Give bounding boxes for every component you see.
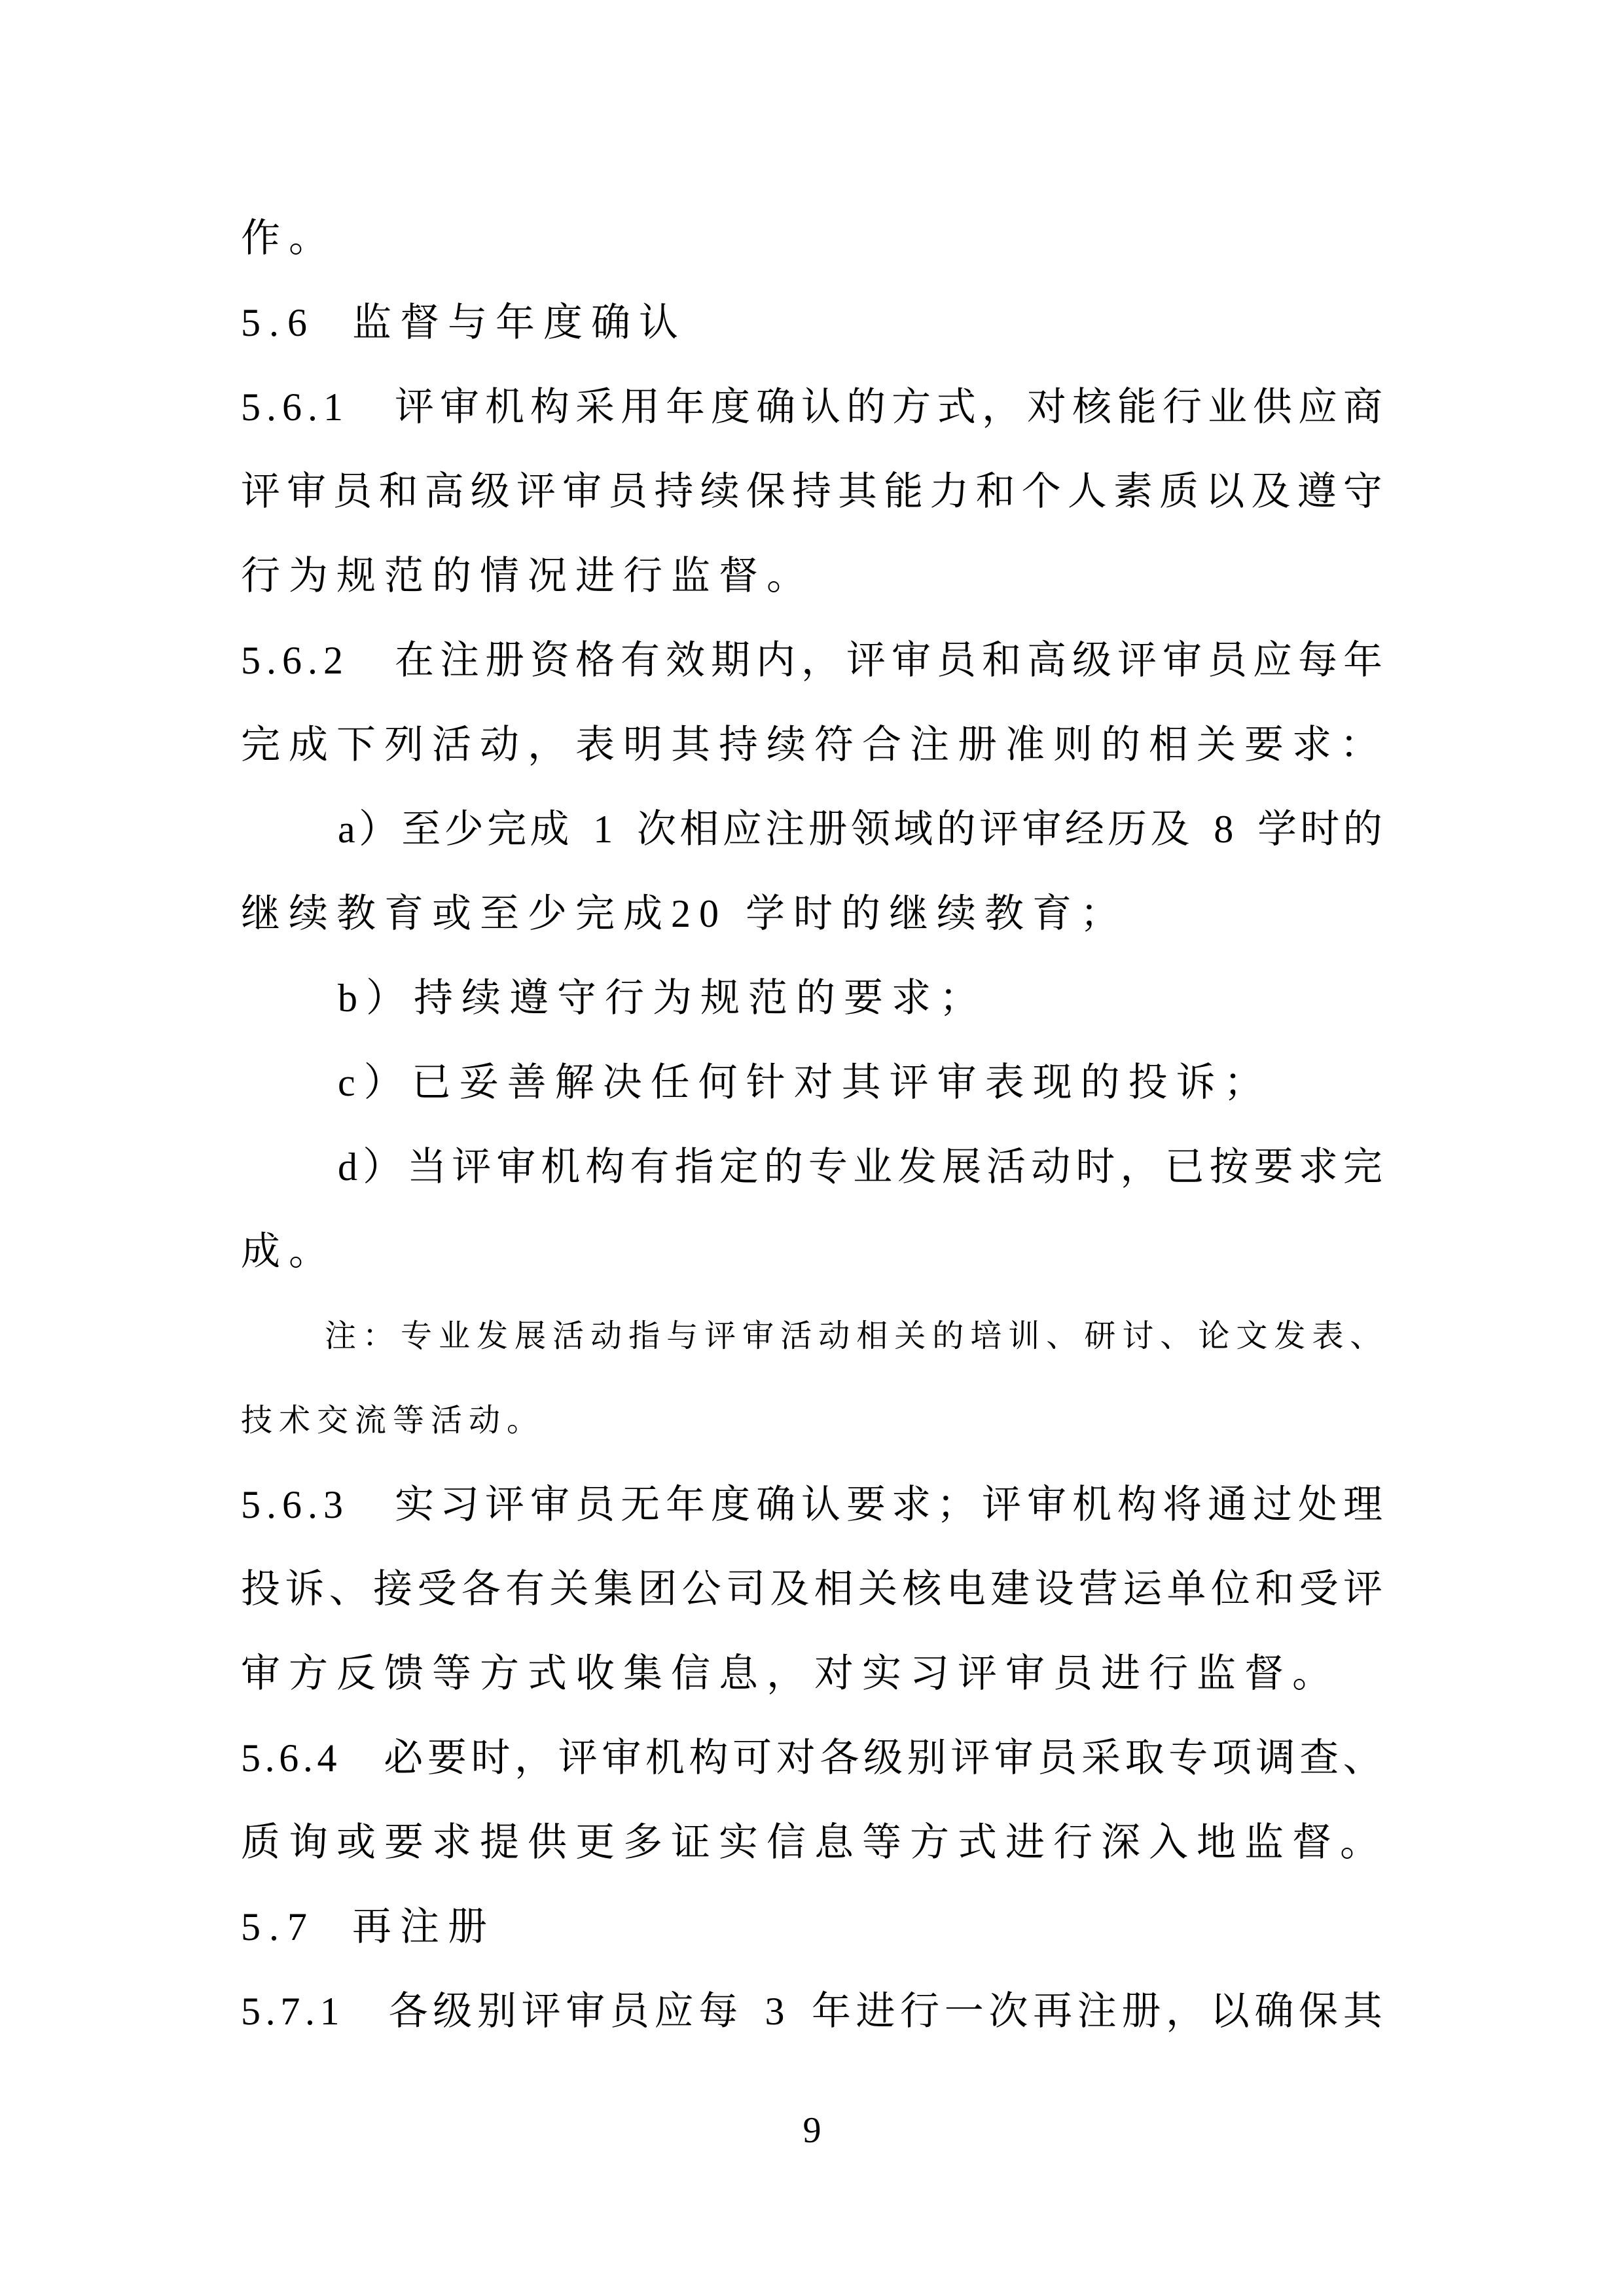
character: 注 <box>325 1294 363 1378</box>
character: 成 <box>530 787 569 872</box>
character: . <box>305 1969 315 2054</box>
character: 无 <box>621 1463 660 1547</box>
character: 其 <box>838 450 877 534</box>
character: ） <box>359 787 398 872</box>
character: 人 <box>1068 450 1107 534</box>
character: 册 <box>485 619 524 703</box>
character: 级 <box>433 1969 472 2054</box>
character: 续 <box>700 450 740 534</box>
character: ： <box>363 1294 401 1378</box>
character: 注 <box>765 787 804 872</box>
character: 、 <box>329 1547 369 1632</box>
character: 将 <box>1163 1463 1202 1547</box>
text-line: 质询或要求提供更多证实信息等方式进行深入地监督。 <box>241 1801 1382 1885</box>
character: 完 <box>1343 1125 1382 1210</box>
character: 项 <box>1212 1716 1252 1801</box>
character: 册 <box>1121 1969 1161 2054</box>
character: 培 <box>970 1294 1008 1378</box>
character: 审 <box>287 450 326 534</box>
character: 力 <box>929 450 969 534</box>
character: 式 <box>937 365 976 450</box>
character: 专 <box>1168 1716 1208 1801</box>
character: 员 <box>1208 619 1247 703</box>
text-line: 成。 <box>241 1210 1382 1294</box>
character: 求 <box>1299 1125 1338 1210</box>
character: 司 <box>726 1547 765 1632</box>
character: 别 <box>477 1969 516 2054</box>
character: 位 <box>1211 1547 1250 1632</box>
character: 评 <box>846 619 886 703</box>
character: 有 <box>630 1125 670 1210</box>
character: 员 <box>575 1463 615 1547</box>
character: 年 <box>1343 619 1382 703</box>
character: 构 <box>530 365 569 450</box>
character: 要 <box>427 1716 467 1801</box>
character: 学 <box>1257 787 1297 872</box>
document-page: 作。5.6 监督与年度确认5.6.1评审机构采用年度确认的方式，对核能行业供应商… <box>0 0 1624 2296</box>
character: 别 <box>907 1716 947 1801</box>
character: 效 <box>666 619 705 703</box>
character: 评 <box>522 1969 561 2054</box>
character: 当 <box>407 1125 446 1210</box>
character: 评 <box>950 1716 990 1801</box>
character: 专 <box>808 1125 848 1210</box>
character: 2 <box>323 619 343 703</box>
character: 1 <box>323 365 343 450</box>
character: 级 <box>471 450 510 534</box>
character: 5 <box>241 619 261 703</box>
character: 各 <box>389 1969 428 2054</box>
character: 论 <box>1198 1294 1236 1378</box>
character: . <box>308 1463 317 1547</box>
character: 关 <box>858 1547 897 1632</box>
character: 7 <box>280 1969 300 2054</box>
character: 经 <box>1065 787 1104 872</box>
character: 个 <box>1022 450 1061 534</box>
character: 营 <box>1079 1547 1118 1632</box>
character: 认 <box>801 1463 840 1547</box>
character: 训 <box>1008 1294 1046 1378</box>
character: 度 <box>711 1463 750 1547</box>
character: 活 <box>780 1294 818 1378</box>
character: 各 <box>461 1547 501 1632</box>
character: 5 <box>241 1463 261 1547</box>
character: 8 <box>1214 787 1233 872</box>
character: 期 <box>711 619 750 703</box>
character: 守 <box>1343 450 1382 534</box>
character: 通 <box>1208 1463 1247 1547</box>
character: 业 <box>1208 365 1247 450</box>
character: 审 <box>1163 619 1202 703</box>
character: 关 <box>894 1294 932 1378</box>
character: 的 <box>937 787 976 872</box>
character: 每 <box>698 1969 738 2054</box>
character: 单 <box>1167 1547 1206 1632</box>
character: 应 <box>655 1969 694 2054</box>
text-line: 5.6 监督与年度确认 <box>241 281 1382 365</box>
character: 5 <box>241 1716 261 1801</box>
character: 各 <box>820 1716 859 1801</box>
character: 进 <box>856 1969 895 2054</box>
text-line: 5.7.1各级别评审员应每3年进行一次再注册，以确保其 <box>241 1969 1382 2054</box>
character: 集 <box>594 1547 633 1632</box>
character: 行 <box>900 1969 939 2054</box>
character: 发 <box>1274 1294 1312 1378</box>
character: 的 <box>1343 787 1382 872</box>
character: 审 <box>602 1716 641 1801</box>
character: 机 <box>1072 1463 1111 1547</box>
character: 审 <box>562 450 602 534</box>
character: 业 <box>853 1125 892 1210</box>
text-line: 审方反馈等方式收集信息，对实习评审员进行监督。 <box>241 1632 1382 1716</box>
character: 应 <box>1298 365 1337 450</box>
character: 其 <box>1343 1969 1382 2054</box>
character: 投 <box>241 1547 280 1632</box>
character: 应 <box>723 787 762 872</box>
character: 4 <box>317 1716 336 1801</box>
character: ， <box>514 1716 554 1801</box>
character: 发 <box>477 1294 514 1378</box>
character: ； <box>937 1463 976 1547</box>
character: 、 <box>1343 1716 1382 1801</box>
character: 审 <box>566 1969 605 2054</box>
text-line: 完成下列活动，表明其持续符合注册准则的相关要求： <box>241 703 1382 787</box>
character: 应 <box>1253 619 1292 703</box>
character: 册 <box>808 787 848 872</box>
character: 年 <box>666 1463 705 1547</box>
text-line: 评审员和高级评审员持续保持其能力和个人素质以及遵守 <box>241 450 1382 534</box>
character: 评 <box>704 1294 742 1378</box>
character: 质 <box>1159 450 1199 534</box>
character: 年 <box>666 365 705 450</box>
character: 审 <box>994 1716 1034 1801</box>
character: 专 <box>401 1294 439 1378</box>
character: 电 <box>947 1547 986 1632</box>
character: 研 <box>1084 1294 1122 1378</box>
character: 定 <box>719 1125 759 1210</box>
text-line: 5.6.3实习评审员无年度确认要求；评审机构将通过处理 <box>241 1463 1382 1547</box>
character: 关 <box>550 1547 589 1632</box>
character: 业 <box>439 1294 477 1378</box>
character: 方 <box>892 365 931 450</box>
character: 机 <box>541 1125 580 1210</box>
text-line: 5.6.1评审机构采用年度确认的方式，对核能行业供应商 <box>241 365 1382 450</box>
character: 能 <box>1117 365 1157 450</box>
text-line: 行为规范的情况进行监督。 <box>241 534 1382 619</box>
character: 相 <box>856 1294 894 1378</box>
character: 确 <box>1254 1969 1293 2054</box>
text-line: 注：专业发展活动指与评审活动相关的培训、研讨、论文发表、 <box>325 1294 1382 1378</box>
character: 可 <box>732 1716 772 1801</box>
text-line: c）已妥善解决任何针对其评审表现的投诉； <box>338 1041 1382 1125</box>
character: 格 <box>575 619 615 703</box>
character: 审 <box>1027 1463 1066 1547</box>
character: ， <box>1166 1969 1205 2054</box>
text-line: 5.6.4必要时，评审机构可对各级别评审员采取专项调查、 <box>241 1716 1382 1801</box>
text-line: 技术交流等活动。 <box>241 1378 1382 1463</box>
character: 级 <box>1072 619 1111 703</box>
character: 有 <box>621 619 660 703</box>
character: 评 <box>516 450 556 534</box>
character: 展 <box>514 1294 552 1378</box>
character: . <box>266 1463 276 1547</box>
character: 遵 <box>1297 450 1337 534</box>
character: 处 <box>1298 1463 1337 1547</box>
character: 指 <box>675 1125 714 1210</box>
character: 实 <box>395 1463 434 1547</box>
character: 评 <box>979 787 1019 872</box>
character: 高 <box>1027 619 1066 703</box>
character: 评 <box>558 1716 598 1801</box>
character: . <box>308 365 317 450</box>
character: 和 <box>976 450 1015 534</box>
character: 保 <box>1299 1969 1338 2054</box>
character: 评 <box>241 450 280 534</box>
text-line: 5.7 再注册 <box>241 1885 1382 1969</box>
page-number: 9 <box>0 2098 1624 2163</box>
character: 指 <box>628 1294 666 1378</box>
character: 活 <box>552 1294 590 1378</box>
character: . <box>265 1716 275 1801</box>
character: 受 <box>1299 1547 1339 1632</box>
character: 一 <box>945 1969 984 2054</box>
character: 设 <box>1034 1547 1074 1632</box>
character: 3 <box>765 1969 785 2054</box>
character: 接 <box>373 1547 412 1632</box>
character: 评 <box>1117 619 1157 703</box>
character: 受 <box>417 1547 456 1632</box>
character: 评 <box>982 1463 1021 1547</box>
text-line: 投诉、接受各有关集团公司及相关核电建设营运单位和受评 <box>241 1547 1382 1632</box>
character: 次 <box>988 1969 1028 2054</box>
character: 、 <box>1350 1294 1388 1378</box>
character: 构 <box>585 1125 624 1210</box>
character: 6 <box>282 365 302 450</box>
character: 建 <box>990 1547 1030 1632</box>
character: 行 <box>1163 365 1202 450</box>
character: 与 <box>666 1294 704 1378</box>
character: 展 <box>942 1125 981 1210</box>
character: 再 <box>1033 1969 1072 2054</box>
character: 评 <box>485 1463 524 1547</box>
character: 完 <box>487 787 526 872</box>
character: 调 <box>1255 1716 1295 1801</box>
character: ， <box>801 619 840 703</box>
character: 核 <box>1072 365 1111 450</box>
character: 和 <box>982 619 1021 703</box>
character: 对 <box>776 1716 816 1801</box>
character: 发 <box>897 1125 937 1210</box>
character: 商 <box>1343 365 1382 450</box>
character: 6 <box>282 619 302 703</box>
character: 域 <box>893 787 933 872</box>
text-line: 继续教育或至少完成20 学时的继续教育； <box>241 872 1382 956</box>
character: 每 <box>1298 619 1337 703</box>
character: 时 <box>1075 1125 1115 1210</box>
character: 相 <box>814 1547 854 1632</box>
character: 员 <box>608 450 647 534</box>
character: 要 <box>1254 1125 1293 1210</box>
character: d <box>338 1125 357 1210</box>
character: 、 <box>1160 1294 1198 1378</box>
character: 度 <box>711 365 750 450</box>
character: 1 <box>320 1969 340 2054</box>
character: . <box>308 619 317 703</box>
character: 相 <box>679 787 719 872</box>
character: 取 <box>1125 1716 1164 1801</box>
character: 员 <box>1038 1716 1077 1801</box>
character: 对 <box>1027 365 1066 450</box>
text-line: a）至少完成1次相应注册领域的评审经历及8学时的 <box>338 787 1382 872</box>
character: 年 <box>812 1969 851 2054</box>
character: . <box>303 1716 313 1801</box>
character: 和 <box>378 450 418 534</box>
character: 审 <box>892 619 931 703</box>
character: 资 <box>530 619 569 703</box>
character: ， <box>982 365 1021 450</box>
character: 注 <box>440 619 479 703</box>
character: 以 <box>1210 1969 1250 2054</box>
character: 认 <box>801 365 840 450</box>
text-block: 作。5.6 监督与年度确认5.6.1评审机构采用年度确认的方式，对核能行业供应商… <box>241 196 1382 2054</box>
character: 员 <box>333 450 372 534</box>
character: 员 <box>610 1969 649 2054</box>
character: 及 <box>770 1547 809 1632</box>
character: 评 <box>395 365 434 450</box>
character: 持 <box>792 450 831 534</box>
character: 评 <box>452 1125 491 1210</box>
character: 素 <box>1113 450 1153 534</box>
character: 注 <box>1077 1969 1117 2054</box>
character: 及 <box>1251 450 1290 534</box>
character: 活 <box>986 1125 1026 1210</box>
character: 动 <box>1031 1125 1070 1210</box>
character: 历 <box>1108 787 1147 872</box>
character: 过 <box>1253 1463 1292 1547</box>
character: 确 <box>756 1463 795 1547</box>
character: 动 <box>818 1294 856 1378</box>
character: 以 <box>1205 450 1244 534</box>
character: 讨 <box>1122 1294 1160 1378</box>
character: 6 <box>279 1716 298 1801</box>
character: 员 <box>937 619 976 703</box>
character: . <box>266 619 276 703</box>
character: 有 <box>505 1547 545 1632</box>
character: 查 <box>1299 1716 1339 1801</box>
character: 级 <box>863 1716 903 1801</box>
character: 保 <box>746 450 785 534</box>
character: 的 <box>846 365 886 450</box>
character: 公 <box>682 1547 721 1632</box>
character: 在 <box>395 619 434 703</box>
text-line: 5.6.2在注册资格有效期内，评审员和高级评审员应每年 <box>241 619 1382 703</box>
character: a <box>338 787 355 872</box>
character: 审 <box>440 365 479 450</box>
character: 审 <box>1022 787 1061 872</box>
character: 6 <box>282 1463 302 1547</box>
character: 评 <box>1343 1547 1382 1632</box>
character: 运 <box>1123 1547 1162 1632</box>
character: 的 <box>932 1294 970 1378</box>
character: 采 <box>575 365 615 450</box>
character: 、 <box>1046 1294 1084 1378</box>
character: 构 <box>689 1716 729 1801</box>
text-line: d）当评审机构有指定的专业发展活动时，已按要求完 <box>338 1125 1382 1210</box>
character: 动 <box>590 1294 628 1378</box>
character: 及 <box>1151 787 1190 872</box>
character: . <box>266 365 276 450</box>
character: 5 <box>241 1969 261 2054</box>
character: 用 <box>621 365 660 450</box>
character: 求 <box>892 1463 931 1547</box>
character: 机 <box>485 365 524 450</box>
character: 审 <box>530 1463 569 1547</box>
text-line: 作。 <box>241 196 1382 281</box>
character: 要 <box>846 1463 886 1547</box>
character: 团 <box>638 1547 677 1632</box>
character: 确 <box>756 365 795 450</box>
character: 习 <box>440 1463 479 1547</box>
character: 理 <box>1343 1463 1382 1547</box>
character: 1 <box>593 787 613 872</box>
character: 内 <box>756 619 795 703</box>
character: 审 <box>742 1294 780 1378</box>
character: 持 <box>654 450 693 534</box>
character: 文 <box>1236 1294 1274 1378</box>
character: 领 <box>851 787 890 872</box>
character: 必 <box>384 1716 423 1801</box>
character: 5 <box>241 365 261 450</box>
character: 次 <box>637 787 676 872</box>
text-line: b）持续遵守行为规范的要求； <box>338 956 1382 1041</box>
character: 审 <box>496 1125 535 1210</box>
character: 少 <box>444 787 484 872</box>
character: 已 <box>1164 1125 1204 1210</box>
character: 核 <box>902 1547 941 1632</box>
character: 时 <box>1300 787 1339 872</box>
character: 表 <box>1312 1294 1350 1378</box>
character: 3 <box>323 1463 343 1547</box>
character: 诉 <box>285 1547 324 1632</box>
character: 至 <box>401 787 441 872</box>
character: 高 <box>425 450 464 534</box>
character: 机 <box>645 1716 685 1801</box>
character: ， <box>1120 1125 1159 1210</box>
character: 按 <box>1210 1125 1249 1210</box>
character: 的 <box>764 1125 803 1210</box>
character: 和 <box>1255 1547 1294 1632</box>
character: 供 <box>1253 365 1292 450</box>
character: . <box>266 1969 276 2054</box>
character: 时 <box>471 1716 510 1801</box>
character: 采 <box>1081 1716 1121 1801</box>
character: ） <box>363 1125 402 1210</box>
character: 能 <box>884 450 923 534</box>
character: 构 <box>1117 1463 1157 1547</box>
